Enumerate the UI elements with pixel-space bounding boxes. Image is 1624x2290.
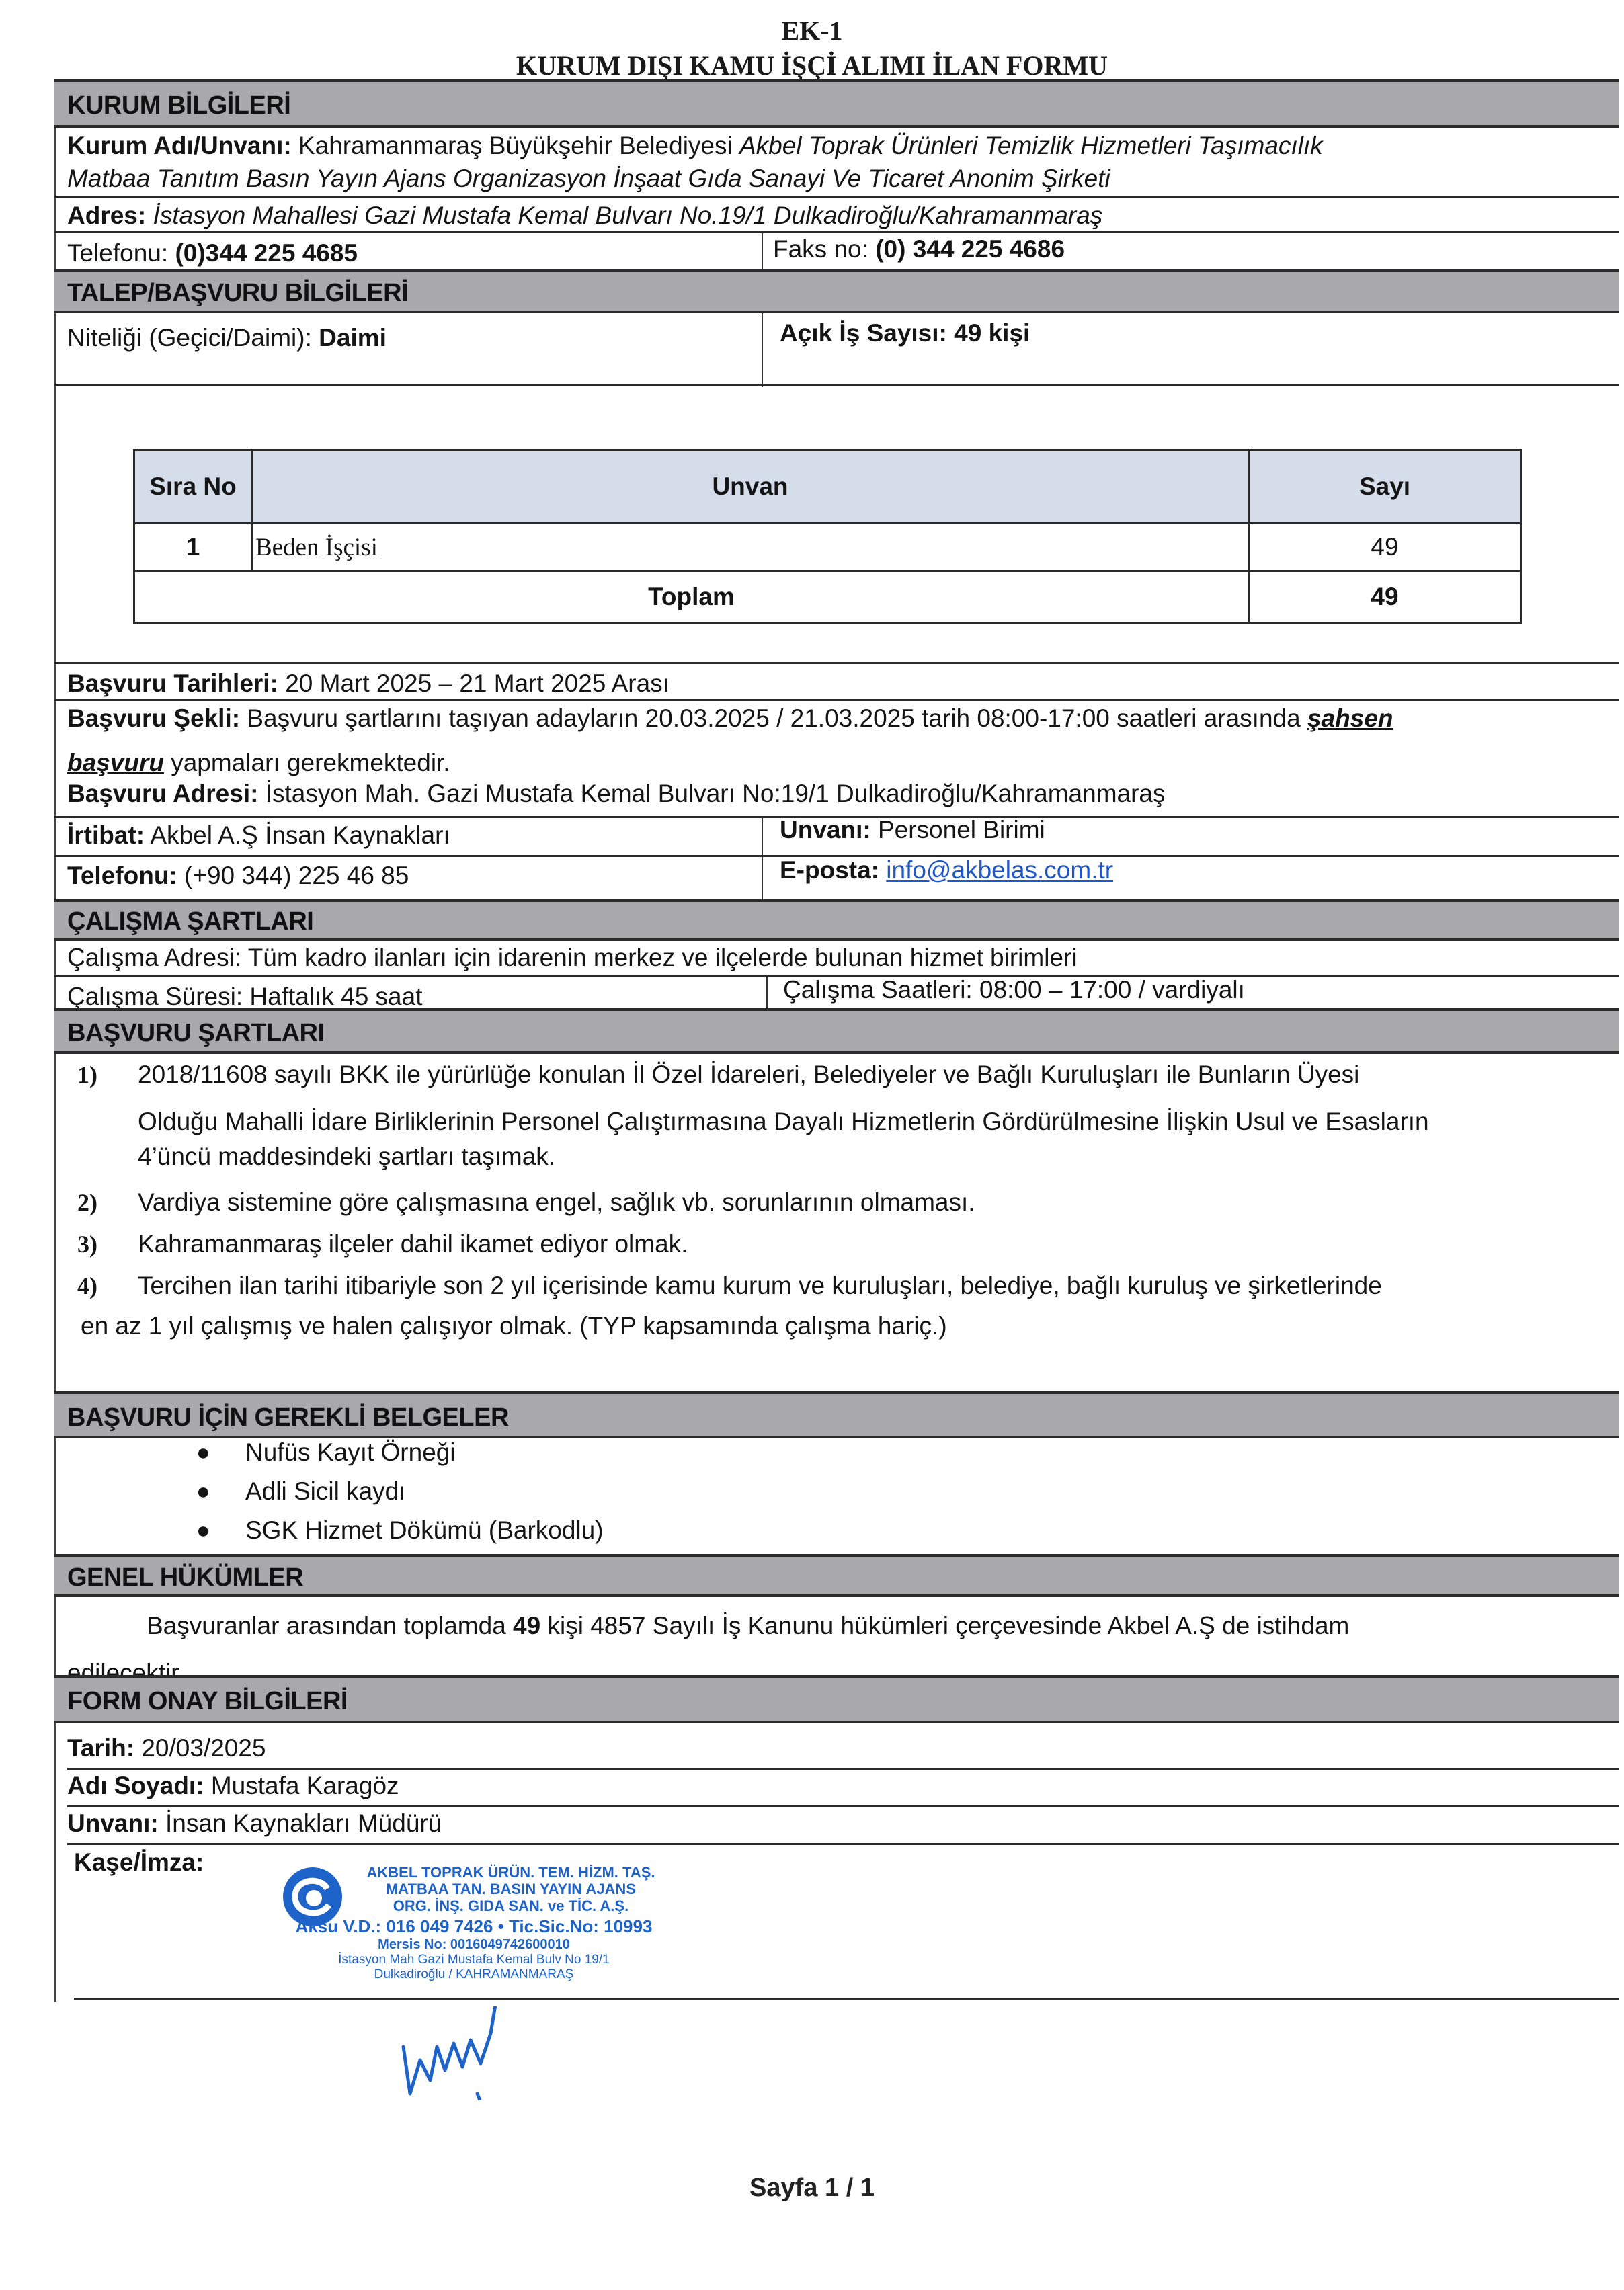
open-jobs-label: Açık İş Sayısı: [780,319,947,347]
app-address-label: Başvuru Adresi: [67,780,258,807]
requirement-line: en az 1 yıl çalışmış ve halen çalışıyor … [81,1312,947,1340]
contact-phone: Telefonu: (+90 344) 225 46 85 [67,862,409,890]
section-title: FORM ONAY BİLGİLERİ [67,1687,348,1716]
approval-date: Tarih: 20/03/2025 [67,1734,266,1762]
contact-title: Unvanı: Personel Birimi [780,816,1045,844]
row-no: 1 [134,524,252,571]
form-title: KURUM DIŞI KAMU İŞÇİ ALIMI İLAN FORMU [0,50,1624,81]
contact-email: E-posta: info@akbelas.com.tr [780,856,1113,885]
col-header-title: Unvan [252,450,1249,524]
requirement-line: Kahramanmaraş ilçeler dahil ikamet ediyo… [138,1230,688,1258]
requirement-number: 3) [77,1230,97,1258]
talep-nature: Niteliği (Geçici/Daimi): Daimi [67,324,387,352]
annex-label: EK-1 [0,15,1624,46]
divider [54,699,1619,701]
phone-label: Telefonu: [67,239,168,267]
contact: İrtibat: Akbel A.Ş İnsan Kaynakları [67,821,450,850]
divider [67,1768,1619,1770]
dates-label: Başvuru Tarihleri: [67,669,278,697]
contact-title-value: Personel Birimi [878,816,1045,844]
method-emphasis: şahsen [1307,704,1393,732]
divider [54,662,1619,664]
kurum-phone: Telefonu: (0)344 225 4685 [67,239,358,268]
table-row: 1 Beden İşçisi 49 [134,524,1521,571]
provision-count: 49 [513,1612,540,1639]
application-dates: Başvuru Tarihleri: 20 Mart 2025 – 21 Mar… [67,669,669,698]
email-link[interactable]: info@akbelas.com.tr [886,856,1113,884]
divider [54,231,1619,233]
col-header-count: Sayı [1249,450,1521,524]
bullet-icon: ● [196,1479,210,1505]
divider [74,1998,1619,2000]
row-title: Beden İşçisi [252,524,1249,571]
email-label: E-posta: [780,856,879,884]
kurum-fax: Faks no: (0) 344 225 4686 [773,235,1065,263]
contact-label: İrtibat: [67,821,145,849]
kurum-name-plain: Kahramanmaraş Büyükşehir Belediyesi [298,132,733,159]
work-duration: Çalışma Süresi: Haftalık 45 saat [67,983,423,1011]
stamp-signature-label: Kaşe/İmza: [74,1848,204,1877]
signature-icon [397,2006,612,2100]
approval-date-value: 20/03/2025 [141,1734,266,1762]
requirement-line: Olduğu Mahalli İdare Birliklerinin Perso… [138,1108,1429,1136]
bullet-icon: ● [196,1440,210,1466]
kurum-name-label: Kurum Adı/Unvanı: [67,132,292,159]
kurum-name-line2: Matbaa Tanıtım Basın Yayın Ajans Organiz… [67,165,1110,193]
fax-value: (0) 344 225 4686 [875,235,1065,263]
kurum-address: Adres: İstasyon Mahallesi Gazi Mustafa K… [67,202,1102,230]
provision-text: Başvuranlar arasından toplamda [147,1612,506,1639]
application-method-line2: başvuru yapmaları gerekmektedir. [67,749,450,777]
stamp-line: ORG. İNŞ. GIDA SAN. ve TİC. A.Ş. [353,1898,669,1914]
section-title: KURUM BİLGİLERİ [67,91,290,120]
divider [54,196,1619,198]
section-header-sartlar: BAŞVURU ŞARTLARI [54,1008,1619,1054]
divider [762,233,763,272]
contact-phone-value: (+90 344) 225 46 85 [184,862,409,889]
requirement-line: Vardiya sistemine göre çalışmasına engel… [138,1188,975,1217]
section-title: GENEL HÜKÜMLER [67,1563,303,1592]
document-item: SGK Hizmet Dökümü (Barkodlu) [245,1516,604,1545]
stamp-line: AKBEL TOPRAK ÜRÜN. TEM. HİZM. TAŞ. [353,1865,669,1880]
divider [67,1843,1619,1845]
address-label: Adres: [67,202,146,229]
section-header-belgeler: BAŞVURU İÇİN GEREKLİ BELGELER [54,1391,1619,1438]
divider [762,817,763,901]
section-title: TALEP/BAŞVURU BİLGİLERİ [67,279,408,308]
stamp-line: MATBAA TAN. BASIN YAYIN AJANS [353,1881,669,1897]
approver-name-value: Mustafa Karagöz [211,1772,399,1799]
nature-label: Niteliği (Geçici/Daimi): [67,324,312,352]
work-address: Çalışma Adresi: Tüm kadro ilanları için … [67,944,1078,972]
stamp-line: İstasyon Mah Gazi Mustafa Kemal Bulv No … [279,1953,669,1967]
divider [54,384,1619,386]
page-indicator: Sayfa 1 / 1 [0,2174,1624,2203]
provision-text: kişi 4857 Sayılı İş Kanunu hükümleri çer… [547,1612,1349,1639]
section-header-talep: TALEP/BAŞVURU BİLGİLERİ [54,269,1619,313]
section-header-genel: GENEL HÜKÜMLER [54,1554,1619,1597]
general-provisions-line1: Başvuranlar arasından toplamda 49 kişi 4… [147,1612,1592,1640]
address-value: İstasyon Mahallesi Gazi Mustafa Kemal Bu… [153,202,1102,229]
divider [766,976,768,1011]
dates-value: 20 Mart 2025 – 21 Mart 2025 Arası [285,669,669,697]
open-jobs-value: 49 kişi [954,319,1030,347]
method-text: Başvuru şartlarını taşıyan adayların 20.… [247,704,1300,732]
method-text: yapmaları gerekmektedir. [171,749,450,776]
bullet-icon: ● [196,1518,210,1544]
fax-label: Faks no: [773,235,868,263]
kurum-name-line1: Kurum Adı/Unvanı: Kahramanmaraş Büyükşeh… [67,132,1323,160]
requirement-line: Tercihen ilan tarihi itibariyle son 2 yı… [138,1272,1382,1300]
requirement-line: 2018/11608 sayılı BKK ile yürürlüğe konu… [138,1061,1359,1089]
total-value: 49 [1249,571,1521,623]
application-method-line1: Başvuru Şekli: Başvuru şartlarını taşıya… [67,704,1393,733]
work-hours: Çalışma Saatleri: 08:00 – 17:00 / vardiy… [783,976,1245,1004]
kurum-name-italic: Akbel Toprak Ürünleri Temizlik Hizmetler… [739,132,1323,159]
contact-value: Akbel A.Ş İnsan Kaynakları [150,821,450,849]
company-logo-icon [279,1863,346,1930]
approver-title: Unvanı: İnsan Kaynakları Müdürü [67,1809,442,1838]
requirement-number: 2) [77,1188,97,1217]
method-label: Başvuru Şekli: [67,704,240,732]
document-item: Adli Sicil kaydı [245,1477,406,1506]
table-total-row: Toplam 49 [134,571,1521,623]
section-header-onay: FORM ONAY BİLGİLERİ [54,1675,1619,1723]
section-title: BAŞVURU ŞARTLARI [67,1019,325,1048]
phone-value: (0)344 225 4685 [175,239,358,267]
divider [762,313,763,387]
stamp-line: Dulkadiroğlu / KAHRAMANMARAŞ [279,1968,669,1981]
requirement-number: 1) [77,1061,97,1089]
total-label: Toplam [134,571,1249,623]
stamp-line: Mersis No: 0016049742600010 [279,1938,669,1952]
document-item: Nufüs Kayıt Örneği [245,1438,456,1467]
approver-title-label: Unvanı: [67,1809,159,1837]
col-header-no: Sıra No [134,450,252,524]
section-title: BAŞVURU İÇİN GEREKLİ BELGELER [67,1403,509,1432]
requirement-number: 4) [77,1272,97,1300]
contact-title-label: Unvanı: [780,816,871,844]
approver-name: Adı Soyadı: Mustafa Karagöz [67,1772,399,1800]
app-address-value: İstasyon Mah. Gazi Mustafa Kemal Bulvarı… [266,780,1166,807]
positions-table: Sıra No Unvan Sayı 1 Beden İşçisi 49 Top… [133,449,1522,624]
section-header-calisma: ÇALIŞMA ŞARTLARI [54,899,1619,941]
nature-value: Daimi [319,324,387,352]
open-jobs: Açık İş Sayısı: 49 kişi [780,319,1030,347]
approval-date-label: Tarih: [67,1734,134,1762]
requirement-line: 4’üncü maddesindeki şartları taşımak. [138,1143,555,1171]
approver-name-label: Adı Soyadı: [67,1772,204,1799]
method-emphasis: başvuru [67,749,164,776]
section-title: ÇALIŞMA ŞARTLARI [67,907,313,936]
row-count: 49 [1249,524,1521,571]
table-header-row: Sıra No Unvan Sayı [134,450,1521,524]
company-stamp: AKBEL TOPRAK ÜRÜN. TEM. HİZM. TAŞ.MATBAA… [279,1863,669,1981]
divider [67,1805,1619,1807]
section-header-kurum: KURUM BİLGİLERİ [54,79,1619,128]
application-address: Başvuru Adresi: İstasyon Mah. Gazi Musta… [67,780,1166,808]
contact-phone-label: Telefonu: [67,862,177,889]
approver-title-value: İnsan Kaynakları Müdürü [165,1809,442,1837]
